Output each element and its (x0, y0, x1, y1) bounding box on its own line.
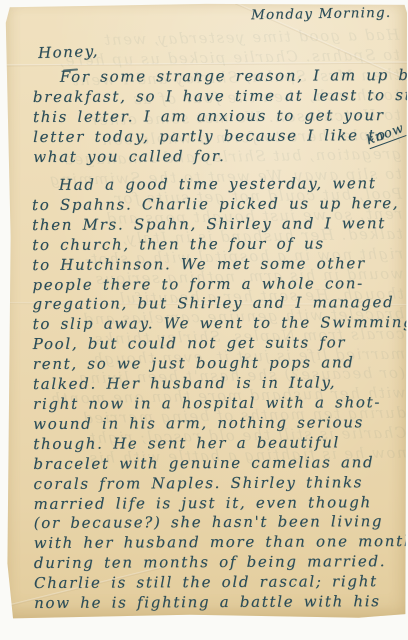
handwritten-line: gregation, but Shirley and I managed (32, 293, 394, 315)
handwritten-line: people there to form a whole con- (32, 273, 394, 295)
handwritten-line: to Hutchinson. We met some other (32, 253, 394, 275)
handwritten-line: letter today, partly because I like to (33, 126, 395, 148)
handwritten-line: now he is fighting a battle with his (34, 592, 396, 614)
handwritten-line: with her husband more than one month (34, 532, 396, 554)
handwritten-line: Charlie is still the old rascal; right (34, 572, 396, 594)
handwritten-line: right now in a hospital with a shot- (33, 393, 395, 415)
handwritten-line: to slip away. We went to the Swimming (33, 313, 395, 335)
handwritten-line: breakfast, so I have time at least to st… (33, 86, 395, 108)
handwritten-line: bracelet with genuine camelias and (33, 452, 395, 474)
handwritten-line: then Mrs. Spahn, Shirley and I went (32, 213, 394, 235)
handwritten-line: (or because?) she hasn't been living (34, 512, 396, 534)
scanned-letter-photo: Had a good time yesterday, wentto Spahns… (0, 0, 408, 640)
letter-body: For some strange reason, I am up beforeb… (33, 67, 395, 620)
handwritten-line: wound in his arm, nothing serious (33, 412, 395, 434)
handwritten-line: Pool, but could not get suits for (33, 333, 395, 355)
handwritten-line: to church, then the four of us (32, 233, 394, 255)
letter-paragraph-1: For some strange reason, I am up beforeb… (33, 66, 396, 167)
handwritten-line: this letter. I am anxious to get your (33, 106, 395, 128)
handwritten-line: talked. Her husband is in Italy, (33, 373, 395, 395)
letter-paper: Had a good time yesterday, wentto Spahns… (5, 3, 407, 619)
handwritten-line: to Spahns. Charlie picked us up here, (32, 193, 394, 215)
handwritten-line: what you called for. (33, 146, 395, 168)
letter-dateline: Monday Morning. (251, 5, 392, 23)
handwritten-line: For some strange reason, I am up before (33, 66, 395, 88)
handwritten-line: corals from Naples. Shirley thinks (33, 472, 395, 494)
letter-greeting: Honey, (38, 42, 99, 62)
letter-paragraph-2: Had a good time yesterday, wentto Spahns… (32, 174, 396, 614)
handwritten-line: Had a good time yesterday, went (32, 174, 394, 196)
handwritten-line: though. He sent her a beautiful (33, 432, 395, 454)
handwritten-line: married life is just it, even though (34, 492, 396, 514)
handwritten-line: during ten months of being married. (34, 552, 396, 574)
handwritten-line: rent, so we just bought pops and (33, 353, 395, 375)
